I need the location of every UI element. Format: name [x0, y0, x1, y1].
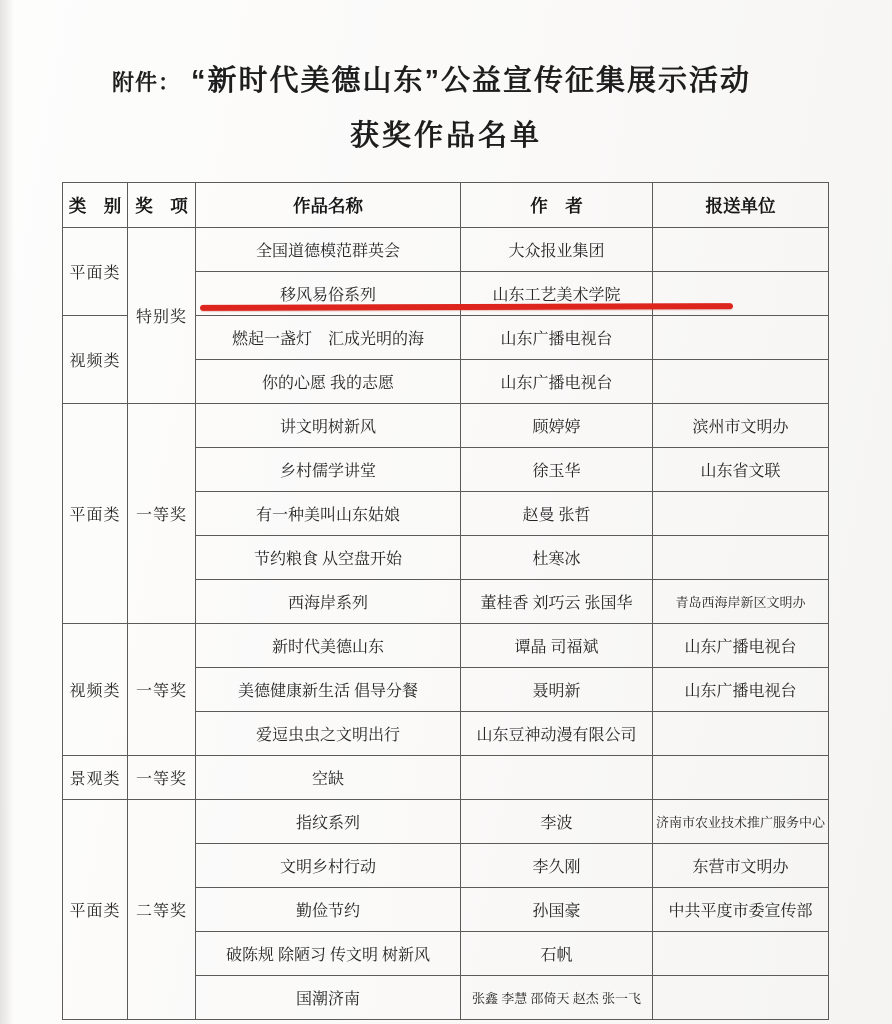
table-row: 平面类一等奖讲文明树新风顾婷婷滨州市文明办 [63, 404, 829, 448]
author-cell: 李久刚 [461, 844, 653, 888]
submitting-unit-cell [653, 712, 829, 756]
category-cell: 景观类 [63, 756, 128, 800]
author-cell: 张鑫 李慧 邵倚天 赵杰 张一飞 [461, 976, 653, 1020]
award-cell: 二等奖 [128, 800, 196, 1020]
author-cell: 山东广播电视台 [461, 360, 653, 404]
award-cell: 特别奖 [128, 228, 196, 404]
header-category: 类 别 [63, 183, 128, 228]
submitting-unit-cell [653, 932, 829, 976]
author-cell [461, 756, 653, 800]
submitting-unit-cell [653, 360, 829, 404]
table-row: 视频类一等奖新时代美德山东谭晶 司福斌山东广播电视台 [63, 624, 829, 668]
work-title-cell: 你的心愿 我的志愿 [196, 360, 461, 404]
title-line-1: 附件： “新时代美德山东”公益宣传征集展示活动 [112, 58, 892, 99]
attachment-label: 附件： [112, 66, 181, 97]
author-cell: 山东广播电视台 [461, 316, 653, 360]
submitting-unit-cell: 青岛西海岸新区文明办 [653, 580, 829, 624]
submitting-unit-cell: 中共平度市委宣传部 [653, 888, 829, 932]
work-title-cell: 破陈规 除陋习 传文明 树新风 [196, 932, 461, 976]
table-row: 平面类特别奖全国道德模范群英会大众报业集团 [63, 228, 829, 272]
work-title-cell: 燃起一盏灯 汇成光明的海 [196, 316, 461, 360]
submitting-unit-cell [653, 228, 829, 272]
work-title-cell: 爱逗虫虫之文明出行 [196, 712, 461, 756]
award-cell: 一等奖 [128, 624, 196, 756]
author-cell: 山东豆神动漫有限公司 [461, 712, 653, 756]
submitting-unit-cell: 东营市文明办 [653, 844, 829, 888]
author-cell: 李波 [461, 800, 653, 844]
work-title-cell: 乡村儒学讲堂 [196, 448, 461, 492]
submitting-unit-cell [653, 316, 829, 360]
author-cell: 顾婷婷 [461, 404, 653, 448]
category-cell: 视频类 [63, 316, 128, 404]
work-title-cell: 新时代美德山东 [196, 624, 461, 668]
header-award: 奖 项 [128, 183, 196, 228]
author-cell: 石帆 [461, 932, 653, 976]
submitting-unit-cell [653, 756, 829, 800]
table-row: 平面类二等奖指纹系列李波济南市农业技术推广服务中心 [63, 800, 829, 844]
header-work-title: 作品名称 [196, 183, 461, 228]
submitting-unit-cell: 滨州市文明办 [653, 404, 829, 448]
author-cell: 大众报业集团 [461, 228, 653, 272]
submitting-unit-cell [653, 492, 829, 536]
submitting-unit-cell: 济南市农业技术推广服务中心 [653, 800, 829, 844]
author-cell: 赵曼 张哲 [461, 492, 653, 536]
document-title: “新时代美德山东”公益宣传征集展示活动 [191, 58, 751, 99]
work-title-cell: 讲文明树新风 [196, 404, 461, 448]
table-row: 景观类一等奖空缺 [63, 756, 829, 800]
category-cell: 视频类 [63, 624, 128, 756]
category-cell: 平面类 [63, 800, 128, 1020]
header-submitting-unit: 报送单位 [653, 183, 829, 228]
category-cell: 平面类 [63, 404, 128, 624]
awards-table-body: 平面类特别奖全国道德模范群英会大众报业集团移风易俗系列山东工艺美术学院视频类燃起… [63, 228, 829, 1020]
work-title-cell: 指纹系列 [196, 800, 461, 844]
work-title-cell: 空缺 [196, 756, 461, 800]
submitting-unit-cell: 山东广播电视台 [653, 668, 829, 712]
header-author: 作 者 [461, 183, 653, 228]
author-cell: 董桂香 刘巧云 张国华 [461, 580, 653, 624]
submitting-unit-cell: 山东广播电视台 [653, 624, 829, 668]
author-cell: 聂明新 [461, 668, 653, 712]
submitting-unit-cell [653, 976, 829, 1020]
work-title-cell: 国潮济南 [196, 976, 461, 1020]
submitting-unit-cell [653, 536, 829, 580]
submitting-unit-cell: 山东省文联 [653, 448, 829, 492]
work-title-cell: 全国道德模范群英会 [196, 228, 461, 272]
category-cell: 平面类 [63, 228, 128, 316]
award-cell: 一等奖 [128, 756, 196, 800]
work-title-cell: 西海岸系列 [196, 580, 461, 624]
work-title-cell: 文明乡村行动 [196, 844, 461, 888]
author-cell: 谭晶 司福斌 [461, 624, 653, 668]
table-header-row: 类 别 奖 项 作品名称 作 者 报送单位 [63, 183, 829, 228]
author-cell: 杜寒冰 [461, 536, 653, 580]
work-title-cell: 有一种美叫山东姑娘 [196, 492, 461, 536]
author-cell: 徐玉华 [461, 448, 653, 492]
award-cell: 一等奖 [128, 404, 196, 624]
work-title-cell: 勤俭节约 [196, 888, 461, 932]
document-title-block: 附件： “新时代美德山东”公益宣传征集展示活动 获奖作品名单 [0, 58, 892, 154]
work-title-cell: 美德健康新生活 倡导分餐 [196, 668, 461, 712]
work-title-cell: 节约粮食 从空盘开始 [196, 536, 461, 580]
document-subtitle: 获奖作品名单 [0, 113, 892, 154]
author-cell: 孙国豪 [461, 888, 653, 932]
document-page: 附件： “新时代美德山东”公益宣传征集展示活动 获奖作品名单 类 别 奖 项 作… [0, 0, 892, 1024]
